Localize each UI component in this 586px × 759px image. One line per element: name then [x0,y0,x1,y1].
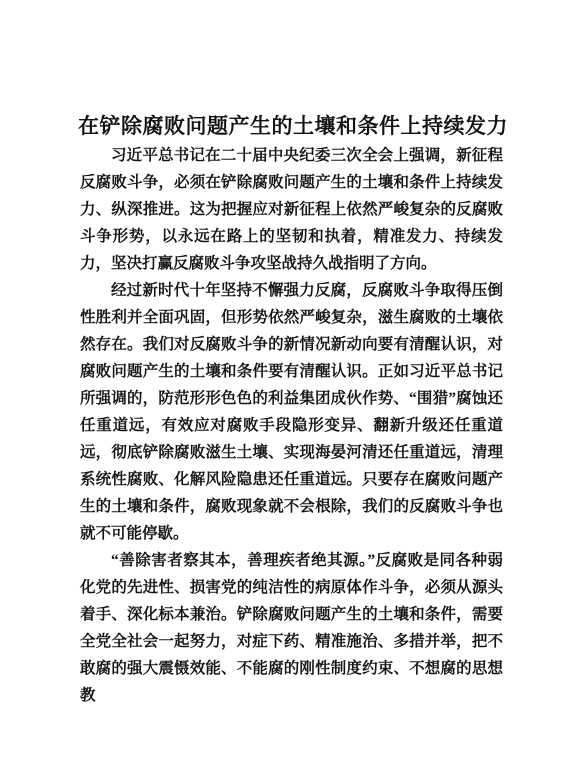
document-page: 在铲除腐败问题产生的土壤和条件上持续发力 习近平总书记在二十届中央纪委三次全会上… [0,0,586,759]
document-body: 习近平总书记在二十届中央纪委三次全会上强调，新征程反腐败斗争，必须在铲除腐败问题… [80,142,503,709]
paragraph-3: “善除害者察其本，善理疾者绝其源。”反腐败是同各种弱化党的先进性、损害党的纯洁性… [80,547,503,709]
paragraph-2: 经过新时代十年坚持不懈强力反腐，反腐败斗争取得压倒性胜利并全面巩固，但形势依然严… [80,277,503,547]
paragraph-1: 习近平总书记在二十届中央纪委三次全会上强调，新征程反腐败斗争，必须在铲除腐败问题… [80,142,503,277]
document-title: 在铲除腐败问题产生的土壤和条件上持续发力 [0,111,586,141]
